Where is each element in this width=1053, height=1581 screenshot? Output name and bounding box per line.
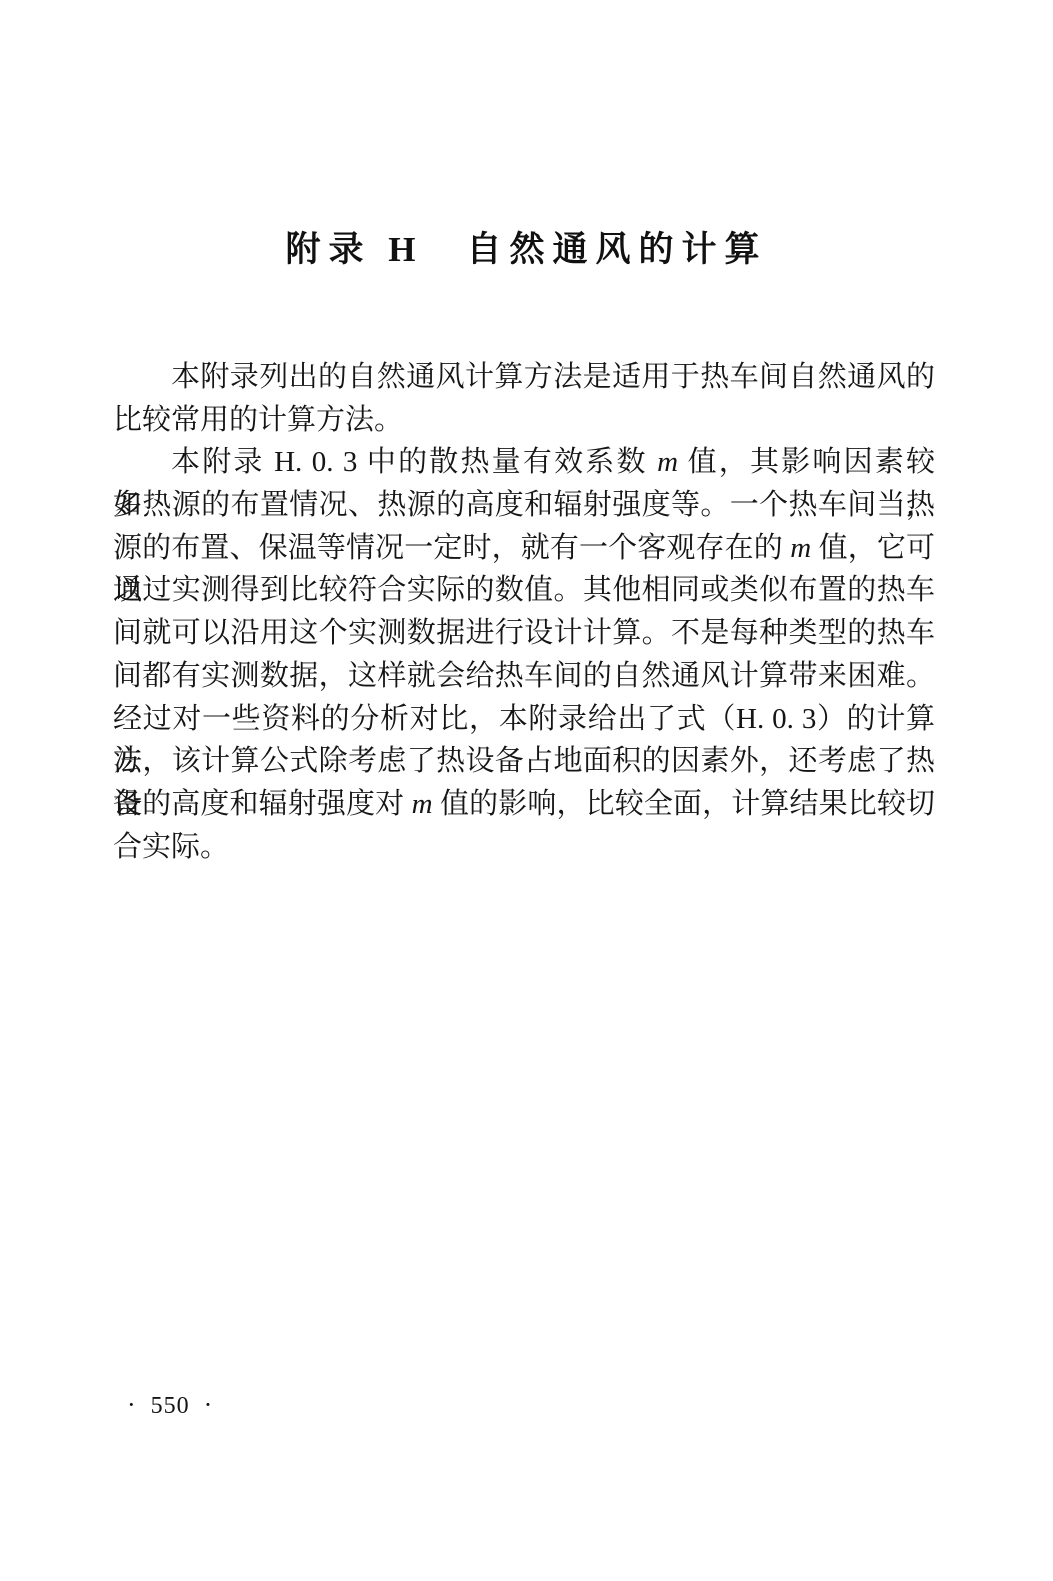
text-line: 备的高度和辐射强度对 m 值的影响，比较全面，计算结果比较切 <box>113 783 935 826</box>
text-line: 经过对一些资料的分析对比，本附录给出了式（H. 0. 3）的计算方 <box>113 698 935 741</box>
text-line: 间就可以沿用这个实测数据进行设计计算。不是每种类型的热车 <box>113 612 935 655</box>
text-line: 间都有实测数据，这样就会给热车间的自然通风计算带来困难。 <box>113 655 935 698</box>
text-line: 源的布置、保温等情况一定时，就有一个客观存在的 m 值，它可以 <box>113 527 935 570</box>
text-line: 本附录列出的自然通风计算方法是适用于热车间自然通风的 <box>113 356 935 399</box>
page-title: 附录 H 自然通风的计算 <box>0 222 1053 272</box>
text-line: 本附录 H. 0. 3 中的散热量有效系数 m 值，其影响因素较多， <box>113 441 935 484</box>
footer-page-number: 550 <box>151 1393 190 1419</box>
math-variable: m <box>412 788 433 820</box>
text-segment: 比较常用的计算方法。 <box>113 404 403 436</box>
text-line: 合实际。 <box>113 826 935 869</box>
text-segment: 源的布置、保温等情况一定时，就有一个客观存在的 <box>113 532 790 564</box>
text-line: 如热源的布置情况、热源的高度和辐射强度等。一个热车间当热 <box>113 484 935 527</box>
text-segment: 合实际。 <box>113 831 229 863</box>
text-line: 法，该计算公式除考虑了热设备占地面积的因素外，还考虑了热设 <box>113 740 935 783</box>
footer-right-dot: · <box>204 1390 214 1419</box>
text-segment: 通过实测得到比较符合实际的数值。其他相同或类似布置的热车 <box>113 574 935 606</box>
math-variable: m <box>790 532 811 564</box>
text-segment: 本附录列出的自然通风计算方法是适用于热车间自然通风的 <box>171 361 935 393</box>
text-line: 比较常用的计算方法。 <box>113 399 935 442</box>
text-segment: 值的影响，比较全面，计算结果比较切 <box>433 788 935 820</box>
page-footer: ·550· <box>127 1390 213 1420</box>
text-line: 通过实测得到比较符合实际的数值。其他相同或类似布置的热车 <box>113 569 935 612</box>
text-segment: 如热源的布置情况、热源的高度和辐射强度等。一个热车间当热 <box>113 489 935 521</box>
text-segment: 间都有实测数据，这样就会给热车间的自然通风计算带来困难。 <box>113 660 935 692</box>
text-segment: 本附录 H. 0. 3 中的散热量有效系数 <box>171 446 657 478</box>
footer-left-dot: · <box>127 1390 137 1419</box>
math-variable: m <box>657 446 678 478</box>
text-segment: 间就可以沿用这个实测数据进行设计计算。不是每种类型的热车 <box>113 617 935 649</box>
body-text: 本附录列出的自然通风计算方法是适用于热车间自然通风的比较常用的计算方法。本附录 … <box>113 356 935 868</box>
document-page: 附录 H 自然通风的计算 本附录列出的自然通风计算方法是适用于热车间自然通风的比… <box>0 0 1053 1581</box>
text-segment: 备的高度和辐射强度对 <box>113 788 412 820</box>
